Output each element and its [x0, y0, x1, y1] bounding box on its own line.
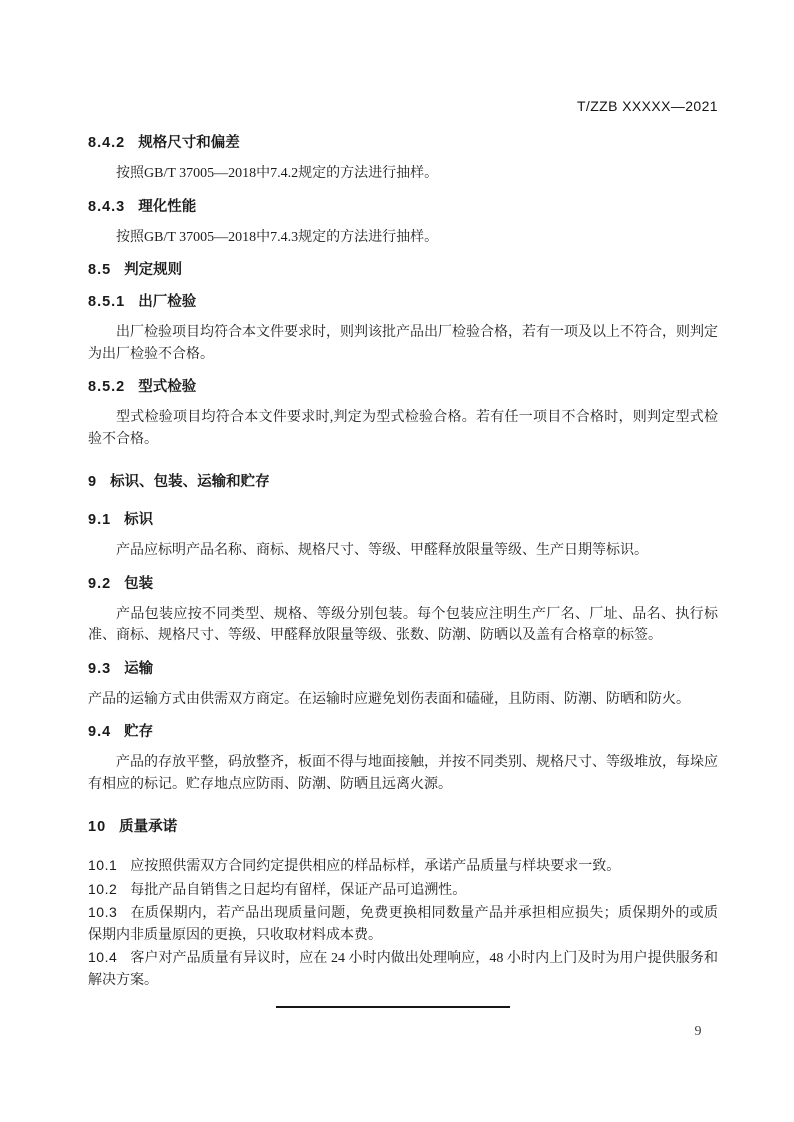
- body-paragraph: 产品应标明产品名称、商标、规格尺寸、等级、甲醛释放限量等级、生产日期等标识。: [88, 540, 718, 562]
- chapter-heading: 9 标识、包装、运输和贮存: [88, 472, 718, 492]
- clause-heading-number: 8.5: [88, 260, 111, 280]
- clause-heading-title: 出厂检验: [138, 292, 196, 312]
- clause-heading: 8.5 判定规则: [88, 260, 718, 280]
- quality-clause-number: 10.2: [88, 881, 117, 897]
- clause-heading-title: 理化性能: [138, 197, 196, 217]
- clause-heading-title: 包装: [124, 574, 153, 594]
- clause-heading-title: 规格尺寸和偏差: [138, 133, 240, 153]
- chapter-heading-title: 标识、包装、运输和贮存: [110, 472, 270, 492]
- chapter-heading: 10 质量承诺: [88, 817, 718, 837]
- body-paragraph: 按照GB/T 37005—2018中7.4.3规定的方法进行抽样。: [88, 227, 718, 249]
- quality-clause-text: 客户对产品质量有异议时，应在 24 小时内做出处理响应，48 小时内上门及时为用…: [88, 951, 718, 988]
- clause-heading-number: 8.5.2: [88, 377, 125, 397]
- chapter-heading-title: 质量承诺: [119, 817, 177, 837]
- quality-clause-text: 在质保期内，若产品出现质量问题，免费更换相同数量产品并承担相应损失；质保期外的或…: [88, 906, 718, 943]
- clause-heading: 9.3 运输: [88, 659, 718, 679]
- clause-heading: 8.5.2 型式检验: [88, 377, 718, 397]
- clause-heading-number: 8.5.1: [88, 292, 125, 312]
- body-paragraph: 按照GB/T 37005—2018中7.4.2规定的方法进行抽样。: [88, 163, 718, 185]
- quality-clause-number: 10.4: [88, 949, 117, 965]
- quality-clause: 10.1应按照供需双方合同约定提供相应的样品标样，承诺产品质量与样块要求一致。: [88, 855, 718, 878]
- quality-clause: 10.2每批产品自销售之日起均有留样，保证产品可追溯性。: [88, 879, 718, 902]
- quality-clause-text: 应按照供需双方合同约定提供相应的样品标样，承诺产品质量与样块要求一致。: [130, 859, 620, 874]
- clause-heading-number: 9.1: [88, 510, 111, 530]
- clause-heading-title: 贮存: [124, 722, 153, 742]
- clause-heading-title: 运输: [124, 659, 153, 679]
- quality-clause-text: 每批产品自销售之日起均有留样，保证产品可追溯性。: [130, 883, 466, 898]
- clause-heading: 9.4 贮存: [88, 722, 718, 742]
- quality-clause-number: 10.3: [88, 904, 117, 920]
- quality-clause-number: 10.1: [88, 857, 117, 873]
- clause-heading-number: 9.2: [88, 574, 111, 594]
- clause-heading-number: 9.3: [88, 659, 111, 679]
- clause-heading: 9.2 包装: [88, 574, 718, 594]
- quality-clause: 10.3在质保期内，若产品出现质量问题，免费更换相同数量产品并承担相应损失；质保…: [88, 902, 718, 946]
- clause-heading: 8.4.3 理化性能: [88, 197, 718, 217]
- chapter-heading-number: 9: [88, 472, 97, 492]
- chapter-heading-number: 10: [88, 817, 106, 837]
- clause-heading: 8.4.2 规格尺寸和偏差: [88, 133, 718, 153]
- clause-heading-title: 型式检验: [138, 377, 196, 397]
- clause-heading-title: 判定规则: [124, 260, 182, 280]
- quality-clause: 10.4客户对产品质量有异议时，应在 24 小时内做出处理响应，48 小时内上门…: [88, 947, 718, 991]
- page-number: 9: [688, 1024, 708, 1040]
- body-paragraph: 出厂检验项目均符合本文件要求时，则判该批产品出厂检验合格，若有一项及以上不符合，…: [88, 322, 718, 365]
- body-paragraph: 型式检验项目均符合本文件要求时,判定为型式检验合格。若有任一项目不合格时，则判定…: [88, 407, 718, 450]
- body-paragraph: 产品的存放平整，码放整齐，板面不得与地面接触，并按不同类别、规格尺寸、等级堆放，…: [88, 752, 718, 795]
- clause-heading-title: 标识: [124, 510, 153, 530]
- clause-heading-number: 9.4: [88, 722, 111, 742]
- page-content: T/ZZB XXXXX—2021 8.4.2 规格尺寸和偏差 按照GB/T 37…: [0, 0, 794, 991]
- clause-heading-number: 8.4.2: [88, 133, 125, 153]
- standard-number-header: T/ZZB XXXXX—2021: [88, 98, 718, 114]
- document-page: T/ZZB XXXXX—2021 8.4.2 规格尺寸和偏差 按照GB/T 37…: [0, 0, 794, 1122]
- body-paragraph: 产品包装应按不同类型、规格、等级分别包装。每个包装应注明生产厂名、厂址、品名、执…: [88, 604, 718, 647]
- body-paragraph: 产品的运输方式由供需双方商定。在运输时应避免划伤表面和磕碰，且防雨、防潮、防晒和…: [88, 689, 718, 711]
- clause-heading-number: 8.4.3: [88, 197, 125, 217]
- clause-heading: 8.5.1 出厂检验: [88, 292, 718, 312]
- clause-heading: 9.1 标识: [88, 510, 718, 530]
- footer-separator-line: [276, 1006, 510, 1008]
